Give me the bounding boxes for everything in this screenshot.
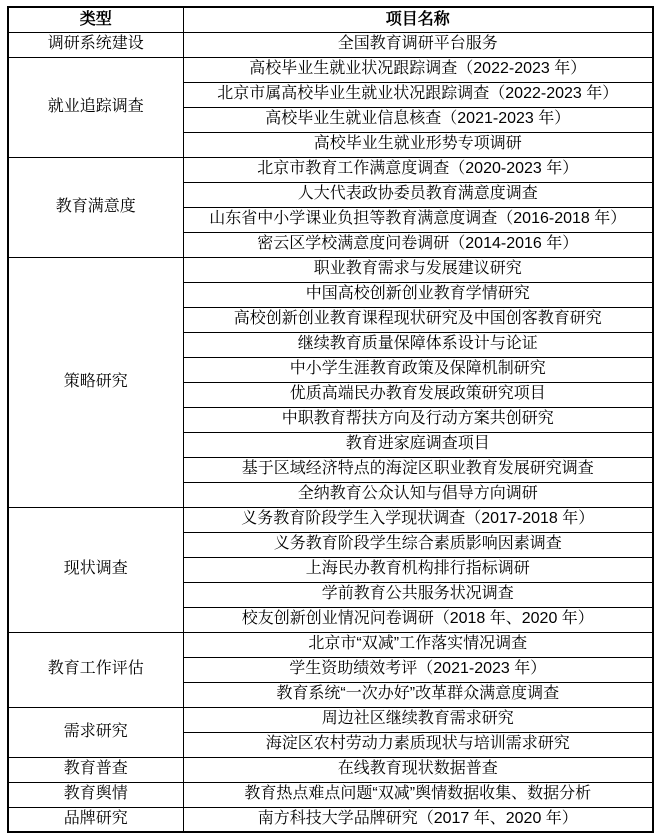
project-cell: 全纳教育公众认知与倡导方向调研 xyxy=(183,482,653,507)
project-cell: 海淀区农村劳动力素质现状与培训需求研究 xyxy=(183,732,653,757)
table-body: 调研系统建设全国教育调研平台服务就业追踪调查高校毕业生就业状况跟踪调查（2022… xyxy=(8,32,653,832)
table-row: 品牌研究南方科技大学品牌研究（2017 年、2020 年） xyxy=(8,807,653,832)
category-cell: 教育工作评估 xyxy=(8,632,183,707)
project-cell: 继续教育质量保障体系设计与论证 xyxy=(183,332,653,357)
projects-table: 类型 项目名称 调研系统建设全国教育调研平台服务就业追踪调查高校毕业生就业状况跟… xyxy=(7,6,654,833)
project-cell: 中国高校创新创业教育学情研究 xyxy=(183,282,653,307)
project-cell: 基于区域经济特点的海淀区职业教育发展研究调查 xyxy=(183,457,653,482)
header-row: 类型 项目名称 xyxy=(8,7,653,32)
document-page: 类型 项目名称 调研系统建设全国教育调研平台服务就业追踪调查高校毕业生就业状况跟… xyxy=(0,0,659,837)
project-cell: 北京市“双减”工作落实情况调查 xyxy=(183,632,653,657)
table-row: 需求研究周边社区继续教育需求研究 xyxy=(8,707,653,732)
project-cell: 北京市教育工作满意度调查（2020-2023 年） xyxy=(183,157,653,182)
project-cell: 职业教育需求与发展建议研究 xyxy=(183,257,653,282)
category-cell: 调研系统建设 xyxy=(8,32,183,57)
project-cell: 校友创新创业情况问卷调研（2018 年、2020 年） xyxy=(183,607,653,632)
project-cell: 南方科技大学品牌研究（2017 年、2020 年） xyxy=(183,807,653,832)
table-row: 现状调查义务教育阶段学生入学现状调查（2017-2018 年） xyxy=(8,507,653,532)
project-cell: 高校毕业生就业状况跟踪调查（2022-2023 年） xyxy=(183,57,653,82)
category-cell: 教育普查 xyxy=(8,757,183,782)
table-row: 教育舆情教育热点难点问题“双减”舆情数据收集、数据分析 xyxy=(8,782,653,807)
project-cell: 高校毕业生就业信息核查（2021-2023 年） xyxy=(183,107,653,132)
project-cell: 中职教育帮扶方向及行动方案共创研究 xyxy=(183,407,653,432)
project-cell: 在线教育现状数据普查 xyxy=(183,757,653,782)
table-row: 教育工作评估北京市“双减”工作落实情况调查 xyxy=(8,632,653,657)
category-cell: 策略研究 xyxy=(8,257,183,507)
header-type: 类型 xyxy=(8,7,183,32)
table-row: 调研系统建设全国教育调研平台服务 xyxy=(8,32,653,57)
project-cell: 教育系统“一次办好”改革群众满意度调查 xyxy=(183,682,653,707)
project-cell: 中小学生涯教育政策及保障机制研究 xyxy=(183,357,653,382)
table-row: 就业追踪调查高校毕业生就业状况跟踪调查（2022-2023 年） xyxy=(8,57,653,82)
category-cell: 教育满意度 xyxy=(8,157,183,257)
project-cell: 密云区学校满意度问卷调研（2014-2016 年） xyxy=(183,232,653,257)
project-cell: 高校毕业生就业形势专项调研 xyxy=(183,132,653,157)
table-row: 教育满意度北京市教育工作满意度调查（2020-2023 年） xyxy=(8,157,653,182)
project-cell: 学生资助绩效考评（2021-2023 年） xyxy=(183,657,653,682)
project-cell: 上海民办教育机构排行指标调研 xyxy=(183,557,653,582)
table-row: 策略研究职业教育需求与发展建议研究 xyxy=(8,257,653,282)
project-cell: 义务教育阶段学生综合素质影响因素调查 xyxy=(183,532,653,557)
project-cell: 优质高端民办教育发展政策研究项目 xyxy=(183,382,653,407)
project-cell: 全国教育调研平台服务 xyxy=(183,32,653,57)
project-cell: 义务教育阶段学生入学现状调查（2017-2018 年） xyxy=(183,507,653,532)
project-cell: 教育进家庭调查项目 xyxy=(183,432,653,457)
project-cell: 山东省中小学课业负担等教育满意度调查（2016-2018 年） xyxy=(183,207,653,232)
table-row: 教育普查在线教育现状数据普查 xyxy=(8,757,653,782)
project-cell: 北京市属高校毕业生就业状况跟踪调查（2022-2023 年） xyxy=(183,82,653,107)
category-cell: 教育舆情 xyxy=(8,782,183,807)
project-cell: 学前教育公共服务状况调查 xyxy=(183,582,653,607)
category-cell: 需求研究 xyxy=(8,707,183,757)
project-cell: 周边社区继续教育需求研究 xyxy=(183,707,653,732)
header-project-name: 项目名称 xyxy=(183,7,653,32)
category-cell: 品牌研究 xyxy=(8,807,183,832)
project-cell: 教育热点难点问题“双减”舆情数据收集、数据分析 xyxy=(183,782,653,807)
project-cell: 人大代表政协委员教育满意度调查 xyxy=(183,182,653,207)
category-cell: 现状调查 xyxy=(8,507,183,632)
category-cell: 就业追踪调查 xyxy=(8,57,183,157)
project-cell: 高校创新创业教育课程现状研究及中国创客教育研究 xyxy=(183,307,653,332)
